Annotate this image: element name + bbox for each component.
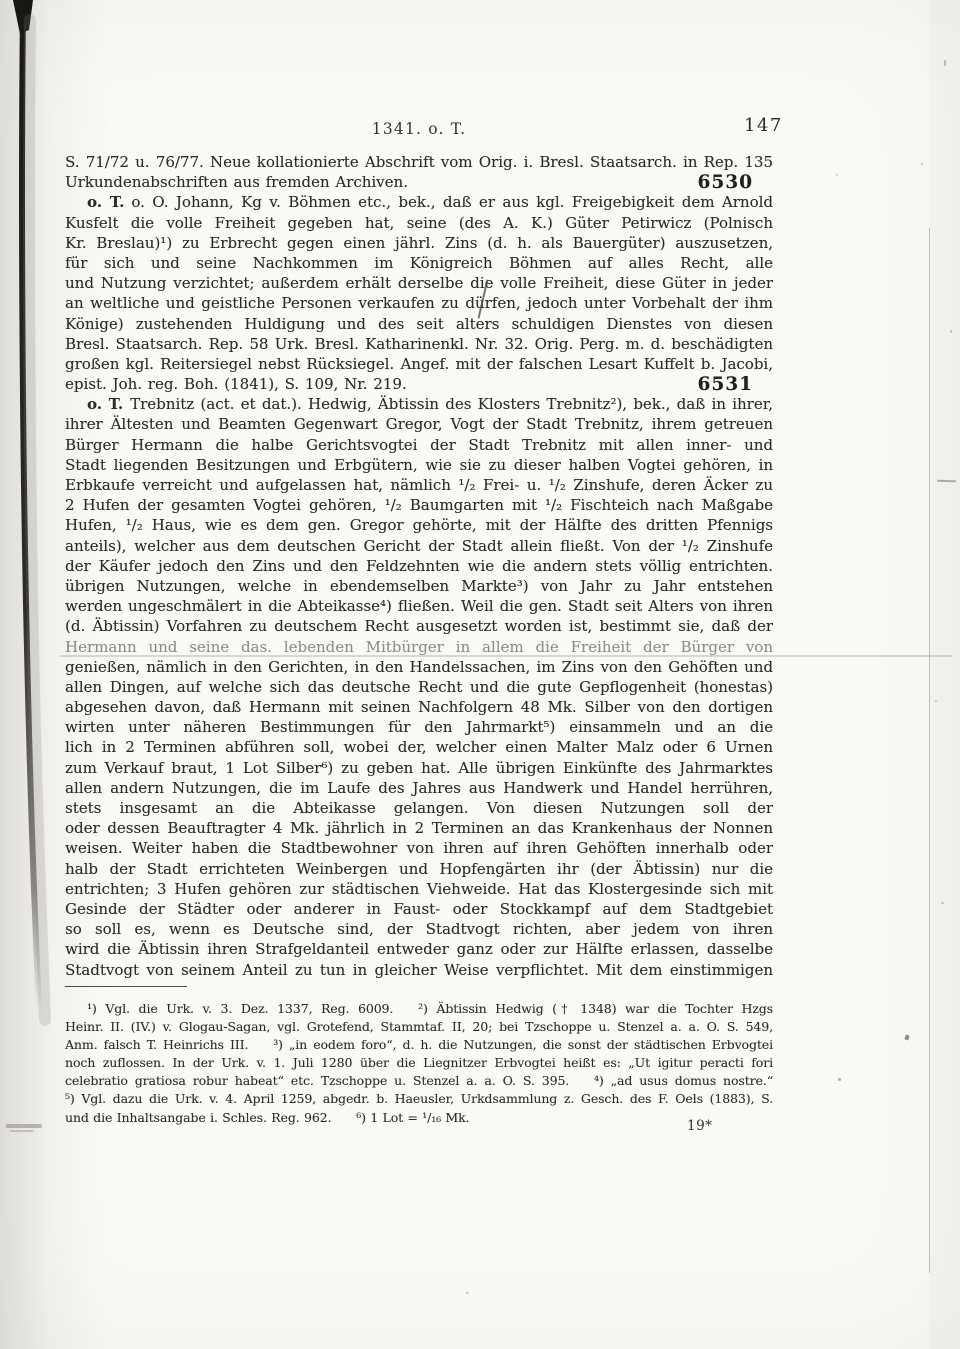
entry-6530-last-line-text: epist. Joh. reg. Boh. (1841), S. 109, Nr… <box>65 375 407 393</box>
text-line: ihrer Ältesten und Beamten Gegenwart Gre… <box>65 414 773 434</box>
entry-6530-lines: Kusfelt die volle Freiheit gegeben hat, … <box>65 213 773 375</box>
text-line: noch zuflossen. In der Urk. v. 1. Juli 1… <box>65 1054 773 1072</box>
entry-6531-lines: ihrer Ältesten und Beamten Gegenwart Gre… <box>65 414 773 979</box>
speck <box>466 1292 469 1294</box>
text-line: Kr. Breslau)¹) zu Erbrecht gegen einen j… <box>65 233 773 253</box>
page-edge-line <box>929 228 930 1273</box>
running-head-date: 1341. o. T. <box>65 120 773 138</box>
entry-6531-lead: o. T. <box>87 395 123 413</box>
speck <box>921 163 923 165</box>
text-line: Bürger Hermann die halbe Gerichtsvogtei … <box>65 435 773 455</box>
text-line: Gesinde der Städter oder anderer in Faus… <box>65 899 773 919</box>
text-line: Heinr. II. (IV.) v. Glogau-Sagan, vgl. G… <box>65 1018 773 1036</box>
speck <box>950 330 952 333</box>
text-line: der Käufer jedoch den Zins und den Feldz… <box>65 556 773 576</box>
binding-shadow <box>0 0 60 1349</box>
body-text: S. 71/72 u. 76/77. Neue kollationierte A… <box>65 152 773 980</box>
text-line: wirten unter näheren Bestimmungen für de… <box>65 717 773 737</box>
text-line: allen Dingen, auf welche sich das deutsc… <box>65 677 773 697</box>
text-line: wird die Äbtissin ihren Strafgeldanteil … <box>65 939 773 959</box>
entry-6531-first-line-text: Trebnitz (act. et dat.). Hedwig, Äbtissi… <box>130 395 773 413</box>
footnote-lines: ¹) Vgl. die Urk. v. 3. Dez. 1337, Reg. 6… <box>65 1000 773 1127</box>
speck <box>941 902 944 904</box>
text-line: oder dessen Beauftragter 4 Mk. jährlich … <box>65 818 773 838</box>
text-line: 2 Hufen der gesamten Vogtei gehören, ¹/₂… <box>65 495 773 515</box>
scan-smudge <box>10 1130 34 1132</box>
footnote-separator <box>65 986 187 987</box>
entry-number-6531: 6531 <box>698 375 754 394</box>
speck <box>904 1034 909 1040</box>
footnotes: ¹) Vgl. die Urk. v. 3. Dez. 1337, Reg. 6… <box>65 1000 773 1127</box>
text-line: ¹) Vgl. die Urk. v. 3. Dez. 1337, Reg. 6… <box>65 1000 773 1018</box>
intro-line-2-text: Urkundenabschriften aus fremden Archiven… <box>65 173 408 191</box>
speck <box>838 1078 841 1081</box>
text-line: werden ungeschmälert in die Abteikasse⁴)… <box>65 596 773 616</box>
right-edge-tint <box>930 0 960 1349</box>
text-line: an weltliche und geistliche Personen ver… <box>65 293 773 313</box>
entry-6530-first-line-text: o. O. Johann, Kg v. Böhmen etc., bek., d… <box>131 193 773 211</box>
text-line: Kusfelt die volle Freiheit gegeben hat, … <box>65 213 773 233</box>
text-line: Hufen, ¹/₂ Haus, wie es dem gen. Gregor … <box>65 515 773 535</box>
text-line: entrichten; 3 Hufen gehören zur städtisc… <box>65 879 773 899</box>
text-line: genießen, nämlich in den Gerichten, in d… <box>65 657 773 677</box>
text-line: großen kgl. Reitersiegel nebst Rücksiege… <box>65 354 773 374</box>
text-line: zum Verkauf braut, 1 Lot Silber⁶) zu geb… <box>65 758 773 778</box>
text-line: Erbkaufe verreicht und aufgelassen hat, … <box>65 475 773 495</box>
scan-smudge <box>6 1124 42 1128</box>
intro-line-2: Urkundenabschriften aus fremden Archiven… <box>65 172 773 192</box>
text-line: Anm. falsch T. Heinrichs III. ³) „in eod… <box>65 1036 773 1054</box>
text-line: Stadt liegenden Besitzungen und Erbgüter… <box>65 455 773 475</box>
speck <box>935 700 937 702</box>
text-line: abgesehen davon, daß Hermann mit seinen … <box>65 697 773 717</box>
text-line: so soll es, wenn es Deutsche sind, der S… <box>65 919 773 939</box>
text-line: und die Inhaltsangabe i. Schles. Reg. 96… <box>65 1109 773 1127</box>
text-line: Hermann und seine das. lebenden Mitbürge… <box>65 637 773 657</box>
text-line: ⁵) Vgl. dazu die Urk. v. 4. April 1259, … <box>65 1090 773 1108</box>
text-line: stets insgesamt an die Abteikasse gelang… <box>65 798 773 818</box>
book-page: 1341. o. T. 147 S. 71/72 u. 76/77. Neue … <box>0 0 960 1349</box>
signature-mark: 19* <box>687 1118 712 1134</box>
text-line: lich in 2 Terminen abführen soll, wobei … <box>65 737 773 757</box>
entry-6530-first-line: o. T.o. O. Johann, Kg v. Böhmen etc., be… <box>65 192 773 212</box>
entry-6530-lead: o. T. <box>87 193 124 211</box>
text-line: allen andern Nutzungen, die im Laufe des… <box>65 778 773 798</box>
page-number: 147 <box>744 115 783 136</box>
intro-line-1: S. 71/72 u. 76/77. Neue kollationierte A… <box>65 152 773 172</box>
entry-6530-last-line: epist. Joh. reg. Boh. (1841), S. 109, Nr… <box>65 374 773 394</box>
speck <box>836 174 838 176</box>
text-line: Bresl. Staatsarch. Rep. 58 Urk. Bresl. K… <box>65 334 773 354</box>
text-line: und Nutzung verzichtet; außerdem erhält … <box>65 273 773 293</box>
text-line: für sich und seine Nachkommen im Königre… <box>65 253 773 273</box>
text-line: halb der Stadt errichteten Weinbergen un… <box>65 859 773 879</box>
text-line: Stadtvogt von seinem Anteil zu tun in gl… <box>65 960 773 980</box>
speck <box>944 60 946 66</box>
entry-number-6530: 6530 <box>698 173 754 192</box>
text-line: Könige) zustehenden Huldigung und des se… <box>65 314 773 334</box>
text-line: celebratio gratiosa robur habeat“ etc. T… <box>65 1072 773 1090</box>
text-line: anteils), welcher aus dem deutschen Geri… <box>65 536 773 556</box>
entry-6531-first-line: o. T.Trebnitz (act. et dat.). Hedwig, Äb… <box>65 394 773 414</box>
text-line: (d. Äbtissin) Vorfahren zu deutschem Rec… <box>65 616 773 636</box>
text-line: übrigen Nutzungen, welche in ebendemselb… <box>65 576 773 596</box>
scan-streak <box>60 655 952 657</box>
text-line: weisen. Weiter haben die Stadtbewohner v… <box>65 838 773 858</box>
